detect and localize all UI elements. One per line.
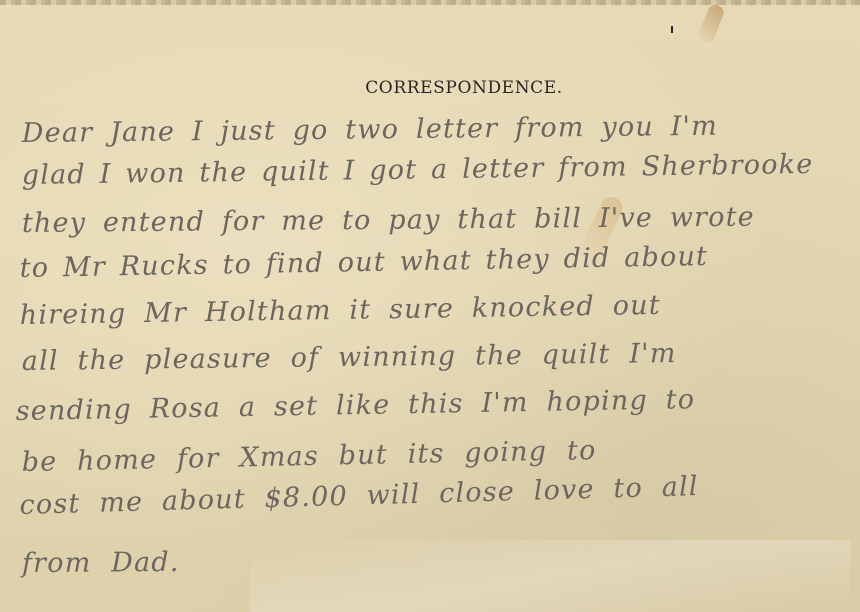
letter-line-salutation: Dear Jane I just go two letter from you … <box>22 111 718 149</box>
postcard: CORRESPONDENCE. Dear Jane I just go two … <box>0 0 860 612</box>
ink-dot <box>671 26 673 33</box>
card-top-edge <box>0 0 860 5</box>
letter-line: they entend for me to pay that bill I've… <box>22 202 755 239</box>
letter-line: to Mr Rucks to find out what they did ab… <box>19 241 708 284</box>
letter-line: hireing Mr Holtham it sure knocked out <box>20 290 662 331</box>
letter-line: glad I won the quilt I got a letter from… <box>22 149 814 191</box>
correspondence-heading: CORRESPONDENCE. <box>0 78 860 98</box>
letter-line-amount: cost me about $8.00 will close love to a… <box>19 471 699 521</box>
letter-line: all the pleasure of winning the quilt I'… <box>22 338 677 377</box>
letter-signature: from Dad. <box>22 547 180 579</box>
stain-mark <box>696 2 726 45</box>
letter-line: be home for Xmas but its going to <box>21 435 596 478</box>
paper-fold <box>250 540 850 612</box>
letter-line: sending Rosa a set like this I'm hoping … <box>15 384 695 427</box>
